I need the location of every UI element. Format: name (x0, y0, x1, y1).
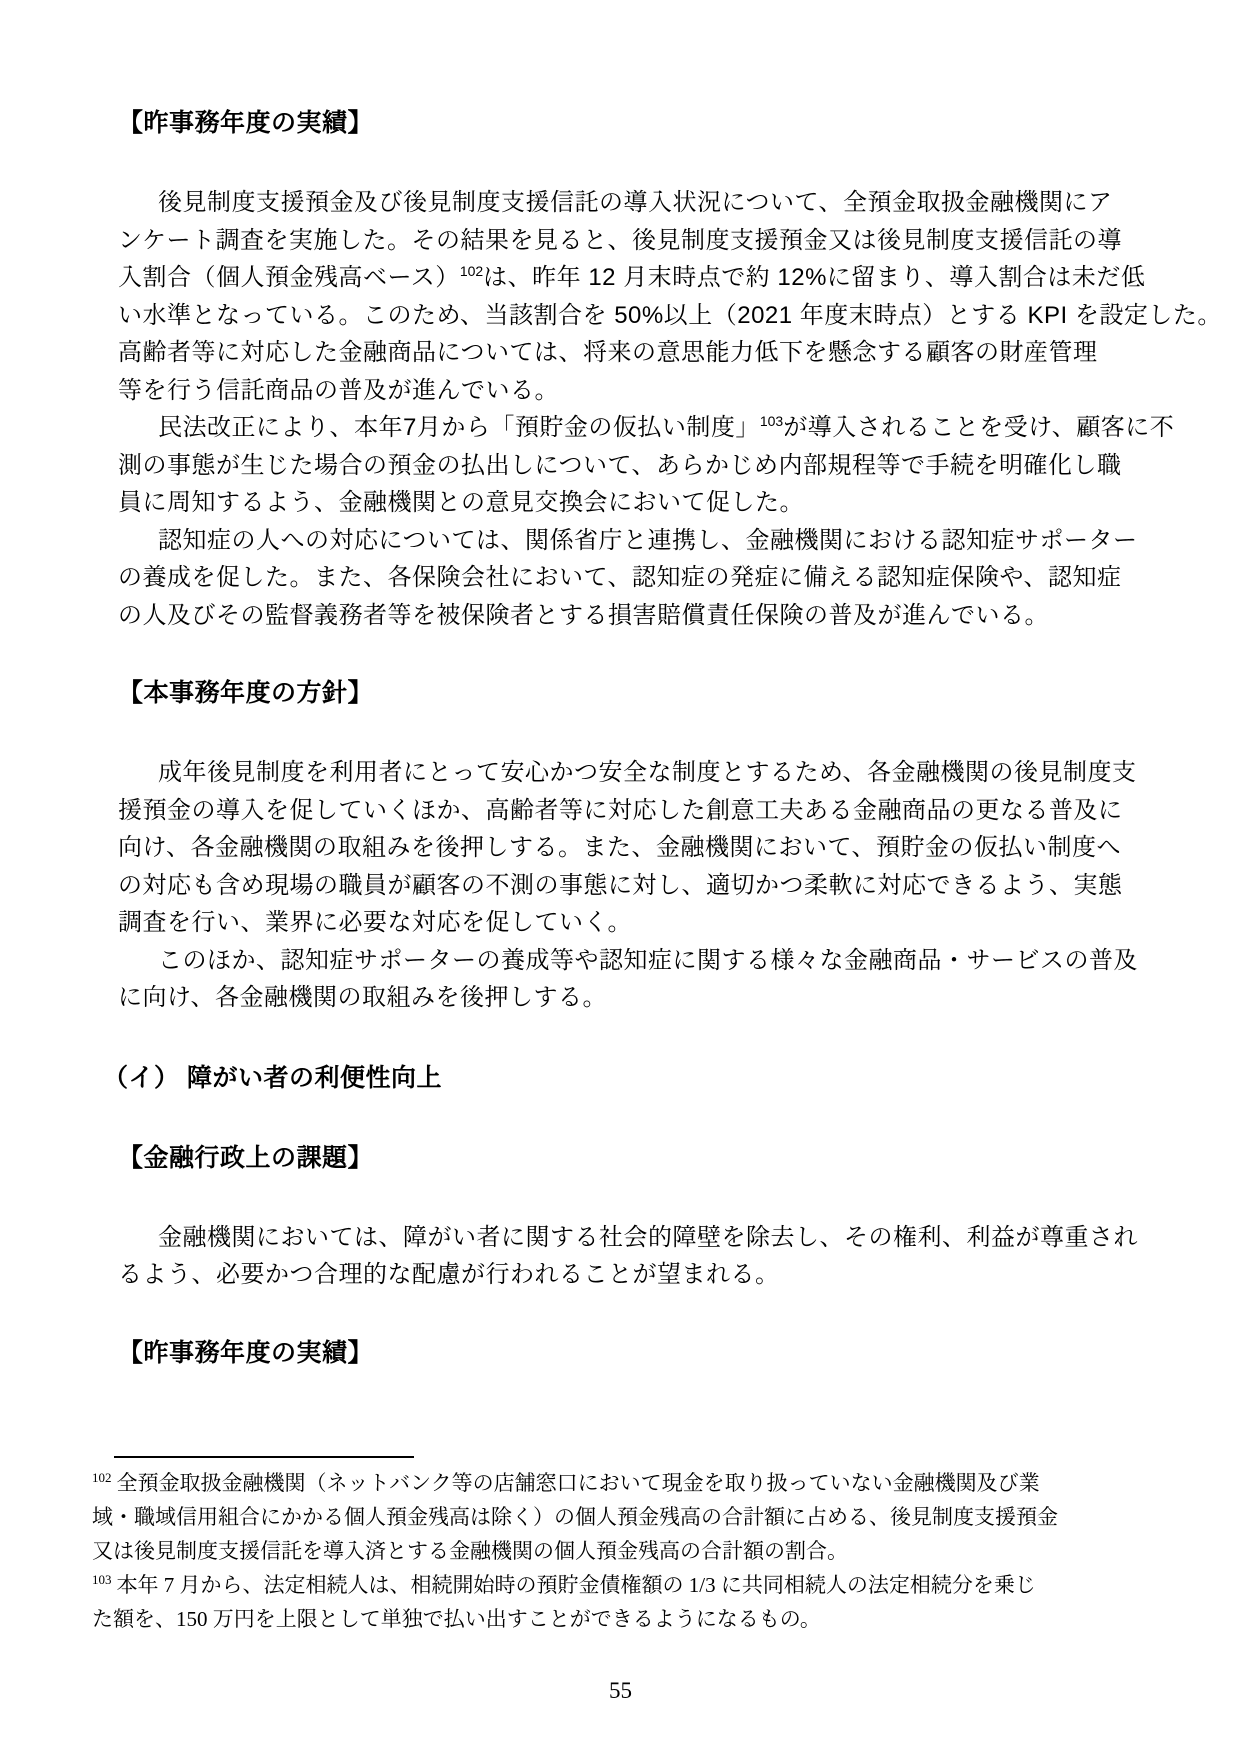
footnote-103-line: 103本年 7 月から、法定相続人は、相続開始時の預貯金債権額の 1/3 に共同… (92, 1568, 1156, 1602)
paragraph-social-barrier: 金融機関においては、障がい者に関する社会的障壁を除去し、その権利、利益が尊重され… (118, 1219, 1130, 1294)
text-line: 援預金の導入を促していくほか、高齢者等に対応した創意工夫ある金融商品の更なる普及… (118, 792, 1130, 830)
text-line: 成年後見制度を利用者にとって安心かつ安全な制度とするため、各金融機関の後見制度支 (118, 754, 1130, 792)
footnote-text: 本年 7 月から、法定相続人は、相続開始時の預貯金債権額の 1/3 に共同相続人… (117, 1573, 1036, 1597)
text-line: に向け、各金融機関の取組みを後押しする。 (118, 979, 1130, 1017)
footnote-separator (114, 1456, 414, 1458)
text-line: い水準となっている。このため、当該割合を 50%以上（2021 年度末時点）とす… (118, 297, 1130, 335)
text-line: 認知症の人への対応については、関係省庁と連携し、金融機関における認知症サポーター (118, 522, 1130, 560)
subsection-heading-disabled-convenience: （イ） 障がい者の利便性向上 (103, 1059, 1130, 1097)
footnote-marker-102: 102 (92, 1470, 112, 1485)
text-line: るよう、必要かつ合理的な配慮が行われることが望まれる。 (118, 1256, 1130, 1294)
paragraph-civil-law-revision: 民法改正により、本年7月から「預貯金の仮払い制度」103が導入されることを受け、… (118, 409, 1130, 522)
text-line: 民法改正により、本年7月から「預貯金の仮払い制度」103が導入されることを受け、… (118, 409, 1130, 447)
text-segment: は、昨年 12 月末時点で約 12%に留まり、導入割合は未だ低 (483, 264, 1145, 291)
footnote-ref-103: 103 (760, 413, 783, 429)
text-line: ンケート調査を実施した。その結果を見ると、後見制度支援預金又は後見制度支援信託の… (118, 222, 1130, 260)
footnotes-section: 102全預金取扱金融機関（ネットバンク等の店舗窓口において現金を取り扱っていない… (92, 1448, 1156, 1636)
footnote-ref-102: 102 (460, 263, 483, 279)
paragraph-dementia-response: 認知症の人への対応については、関係省庁と連携し、金融機関における認知症サポーター… (118, 522, 1130, 635)
text-line: 入割合（個人預金残高ベース）102は、昨年 12 月末時点で約 12%に留まり、… (118, 259, 1130, 297)
text-line: 調査を行い、業界に必要な対応を促していく。 (118, 904, 1130, 942)
text-line: 等を行う信託商品の普及が進んでいる。 (118, 372, 1130, 410)
section-heading-this-year-policy: 【本事務年度の方針】 (118, 674, 1130, 712)
footnote-102-line: 又は後見制度支援信託を導入済とする金融機関の個人預金残高の合計額の割合。 (92, 1534, 1156, 1568)
paragraph-survey-results: 後見制度支援預金及び後見制度支援信託の導入状況について、全預金取扱金融機関にア … (118, 184, 1130, 409)
text-segment: が導入されることを受け、顧客に不 (783, 414, 1174, 441)
paragraph-dementia-supporter-policy: このほか、認知症サポーターの養成等や認知症に関する様々な金融商品・サービスの普及… (118, 942, 1130, 1017)
footnote-103-line: た額を、150 万円を上限として単独で払い出すことができるようになるもの。 (92, 1602, 1156, 1636)
text-line: 向け、各金融機関の取組みを後押しする。また、金融機関において、預貯金の仮払い制度… (118, 829, 1130, 867)
text-line: 高齢者等に対応した金融商品については、将来の意思能力低下を懸念する顧客の財産管理 (118, 334, 1130, 372)
text-segment: 入割合（個人預金残高ベース） (118, 264, 460, 291)
text-line: 後見制度支援預金及び後見制度支援信託の導入状況について、全預金取扱金融機関にア (118, 184, 1130, 222)
footnote-102-line: 域・職域信用組合にかかる個人預金残高は除く）の個人預金残高の合計額に占める、後見… (92, 1500, 1156, 1534)
text-line: 金融機関においては、障がい者に関する社会的障壁を除去し、その権利、利益が尊重され (118, 1219, 1130, 1257)
footnote-102-line: 102全預金取扱金融機関（ネットバンク等の店舗窓口において現金を取り扱っていない… (92, 1466, 1156, 1500)
text-line: の人及びその監督義務者等を被保険者とする損害賠償責任保険の普及が進んでいる。 (118, 597, 1130, 635)
section-heading-last-year-results-2: 【昨事務年度の実績】 (118, 1334, 1130, 1372)
text-line: の対応も含め現場の職員が顧客の不測の事態に対し、適切かつ柔軟に対応できるよう、実… (118, 867, 1130, 905)
text-line: 員に周知するよう、金融機関との意見交換会において促した。 (118, 484, 1130, 522)
page-number: 55 (0, 1678, 1241, 1704)
document-page: 【昨事務年度の実績】 後見制度支援預金及び後見制度支援信託の導入状況について、全… (0, 0, 1241, 1754)
paragraph-guardianship-policy: 成年後見制度を利用者にとって安心かつ安全な制度とするため、各金融機関の後見制度支… (118, 754, 1130, 942)
text-line: の養成を促した。また、各保険会社において、認知症の発症に備える認知症保険や、認知… (118, 559, 1130, 597)
footnote-marker-103: 103 (92, 1572, 112, 1587)
footnote-text: 全預金取扱金融機関（ネットバンク等の店舗窓口において現金を取り扱っていない金融機… (117, 1471, 1040, 1495)
document-body: 【昨事務年度の実績】 後見制度支援預金及び後見制度支援信託の導入状況について、全… (118, 104, 1130, 1372)
section-heading-last-year-results-1: 【昨事務年度の実績】 (118, 104, 1130, 142)
text-line: このほか、認知症サポーターの養成等や認知症に関する様々な金融商品・サービスの普及 (118, 942, 1130, 980)
text-segment: 民法改正により、本年7月から「預貯金の仮払い制度」 (158, 414, 760, 441)
section-heading-financial-admin-issues: 【金融行政上の課題】 (118, 1139, 1130, 1177)
text-line: 測の事態が生じた場合の預金の払出しについて、あらかじめ内部規程等で手続を明確化し… (118, 447, 1130, 485)
